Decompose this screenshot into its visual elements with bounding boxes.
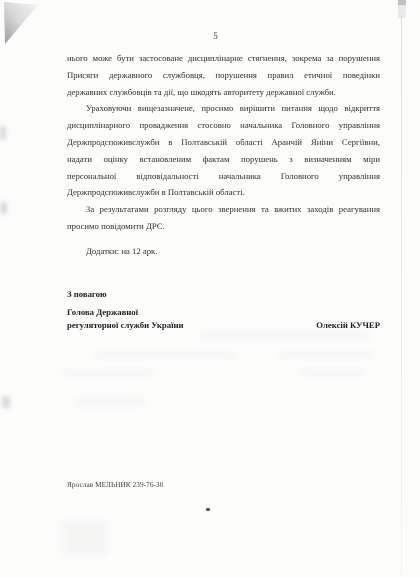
text-line: персональної відповідальності начальника… <box>67 168 380 185</box>
body-paragraph-1: нього може бути застосоване дисциплінарн… <box>67 50 380 100</box>
text-line: надати оцінку встановленим фактам поруше… <box>67 151 380 168</box>
text-line: За результатами розгляду цього звернення… <box>67 201 380 218</box>
attachments-line: Додатки: на 12 арк. <box>67 243 380 260</box>
text-line: Ураховуючи вищезазначене, просимо виріши… <box>67 100 380 117</box>
signer-title-line2: регуляторної служби України <box>67 319 184 332</box>
text-line: дисциплінарного провадження стосовно нач… <box>67 117 380 134</box>
signature-block: Голова Державної регуляторної служби Укр… <box>67 306 380 332</box>
bleed-through-ghost <box>75 398 145 407</box>
bleed-through-ghost <box>300 370 365 376</box>
folded-page-corner <box>4 2 38 44</box>
text-line: Держпродспоживслужби в Полтавській облас… <box>67 134 380 151</box>
bleed-through-ghost <box>280 352 375 358</box>
text-line: державних службовців та дії, що шкодять … <box>67 84 380 101</box>
bleed-through-ghost <box>62 520 107 555</box>
body-paragraph-2: Ураховуючи вищезазначене, просимо виріши… <box>67 100 380 201</box>
bleed-through-ghost <box>95 352 235 358</box>
letter-body: нього може бути застосоване дисциплінарн… <box>67 50 380 332</box>
page-number: 5 <box>67 31 364 41</box>
text-line: Держпродспоживслужби в Полтавській облас… <box>67 184 380 201</box>
scan-smudge <box>0 126 6 140</box>
body-paragraph-3: За результатами розгляду цього звернення… <box>67 201 380 235</box>
ink-speck <box>206 508 210 511</box>
signer-title-line1: Голова Державної <box>67 306 380 319</box>
scan-smudge <box>0 202 7 214</box>
scanned-letter-page: 5 нього може бути застосоване дисципліна… <box>0 0 420 578</box>
scan-edge-band <box>398 5 406 18</box>
text-line: нього може бути застосоване дисциплінарн… <box>67 50 380 67</box>
executor-footer: Ярослав МЕЛЬНИК 239-76-30 <box>67 481 163 489</box>
bleed-through-ghost <box>200 332 370 339</box>
text-line: просимо повідомити ДРС. <box>67 218 380 235</box>
text-line: Присяги державного службовця, порушення … <box>67 67 380 84</box>
scan-smudge <box>2 396 10 408</box>
scan-edge-line <box>401 16 402 576</box>
bleed-through-ghost <box>62 370 152 376</box>
closing-salutation: З повагою <box>67 287 380 301</box>
signer-name: Олексій КУЧЕР <box>316 319 380 332</box>
